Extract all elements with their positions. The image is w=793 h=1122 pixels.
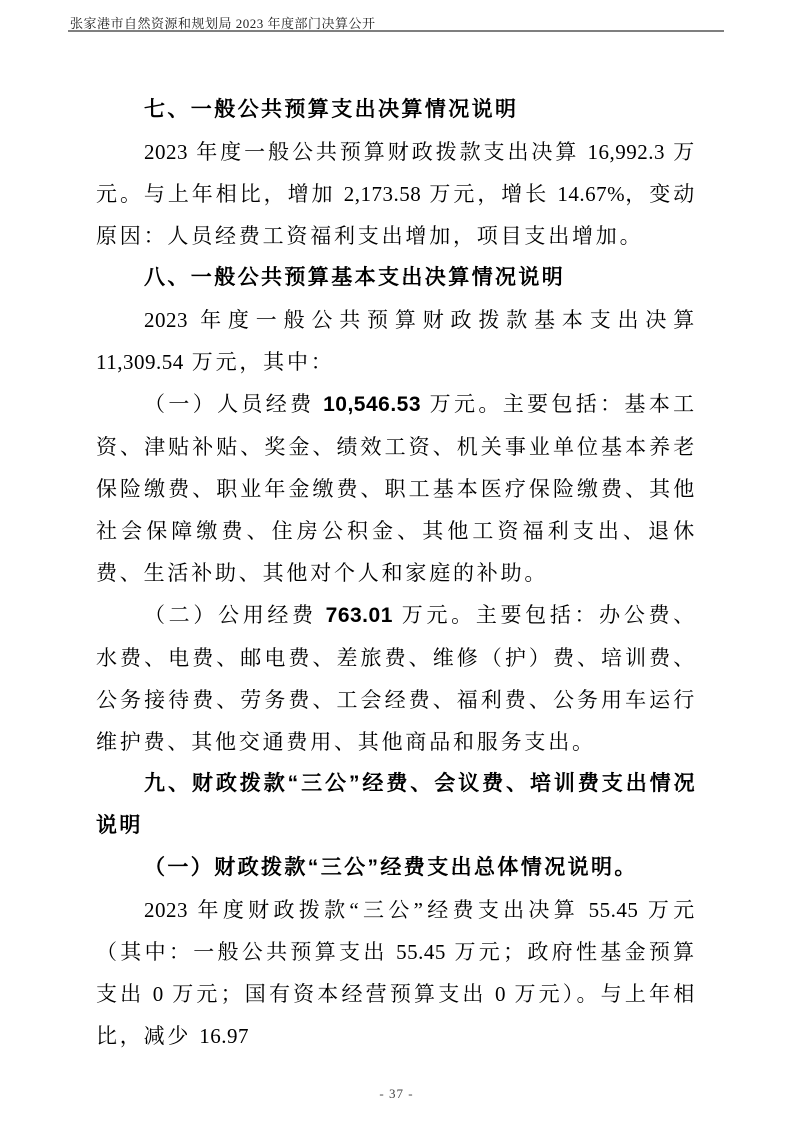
paragraph-public-funds: （二）公用经费 763.01 万元。主要包括：办公费、水费、电费、邮电费、差旅费… bbox=[96, 594, 697, 763]
text-run: 年度一般公共预算财政拨款基本支出决算 bbox=[188, 308, 697, 332]
sub-heading-9-1: （一）财政拨款“三公”经费支出总体情况说明。 bbox=[96, 847, 697, 889]
document-body: 七、一般公共预算支出决算情况说明2023 年度一般公共预算财政拨款支出决算 16… bbox=[96, 89, 697, 1057]
text-run: 九、财政拨款“三公”经费、会议费、培训费支出情况说明 bbox=[96, 772, 697, 837]
text-run: 年度财政拨款“三公”经费支出决算 bbox=[188, 898, 589, 922]
amount-value: 16.97 bbox=[199, 1024, 249, 1048]
section-heading-7: 七、一般公共预算支出决算情况说明 bbox=[96, 89, 697, 131]
amount-value: 55.45 bbox=[396, 940, 446, 964]
text-run: 万元。主要包括：基本工资、津贴补贴、奖金、绩效工资、机关事业单位基本养老保险缴费… bbox=[96, 392, 697, 585]
amount-value: 2023 bbox=[144, 140, 188, 164]
text-run: （一）人员经费 bbox=[144, 392, 323, 416]
header-rule bbox=[68, 30, 724, 32]
text-run: 万元，其中： bbox=[184, 350, 335, 374]
paragraph-basic-expenditure: 2023 年度一般公共预算财政拨款基本支出决算 11,309.54 万元，其中： bbox=[96, 299, 697, 383]
section-heading-8: 八、一般公共预算基本支出决算情况说明 bbox=[96, 257, 697, 299]
text-run: 八、一般公共预算基本支出决算情况说明 bbox=[144, 266, 565, 289]
amount-value: 2023 bbox=[144, 898, 188, 922]
paragraph-general-expenditure: 2023 年度一般公共预算财政拨款支出决算 16,992.3 万元。与上年相比，… bbox=[96, 131, 697, 257]
paragraph-three-public-funds: 2023 年度财政拨款“三公”经费支出决算 55.45 万元（其中：一般公共预算… bbox=[96, 889, 697, 1057]
document-page: 张家港市自然资源和规划局 2023 年度部门决算公开 七、一般公共预算支出决算情… bbox=[0, 0, 793, 1122]
amount-value: 0 bbox=[153, 982, 164, 1006]
text-run: （二）公用经费 bbox=[144, 603, 326, 627]
paragraph-personnel-funds: （一）人员经费 10,546.53 万元。主要包括：基本工资、津贴补贴、奖金、绩… bbox=[96, 383, 697, 594]
text-run: （一）财政拨款“三公”经费支出总体情况说明。 bbox=[144, 856, 638, 879]
page-number: - 37 - bbox=[379, 1086, 413, 1101]
amount-value: 10,546.53 bbox=[323, 393, 421, 416]
amount-value: 0 bbox=[495, 982, 506, 1006]
amount-value: 55.45 bbox=[589, 898, 639, 922]
text-run: 七、一般公共预算支出决算情况说明 bbox=[144, 98, 518, 121]
text-run: 万元，增长 bbox=[421, 182, 557, 206]
page-footer: - 37 - bbox=[0, 1086, 793, 1102]
amount-value: 2,173.58 bbox=[344, 182, 422, 206]
section-heading-9: 九、财政拨款“三公”经费、会议费、培训费支出情况说明 bbox=[96, 763, 697, 847]
amount-value: 763.01 bbox=[326, 604, 393, 627]
text-run: 万元；国有资本经营预算支出 bbox=[164, 982, 495, 1006]
amount-value: 11,309.54 bbox=[96, 350, 184, 374]
amount-value: 14.67% bbox=[557, 182, 625, 206]
amount-value: 2023 bbox=[144, 308, 188, 332]
amount-value: 16,992.3 bbox=[588, 140, 666, 164]
text-run: 年度一般公共预算财政拨款支出决算 bbox=[188, 140, 588, 164]
